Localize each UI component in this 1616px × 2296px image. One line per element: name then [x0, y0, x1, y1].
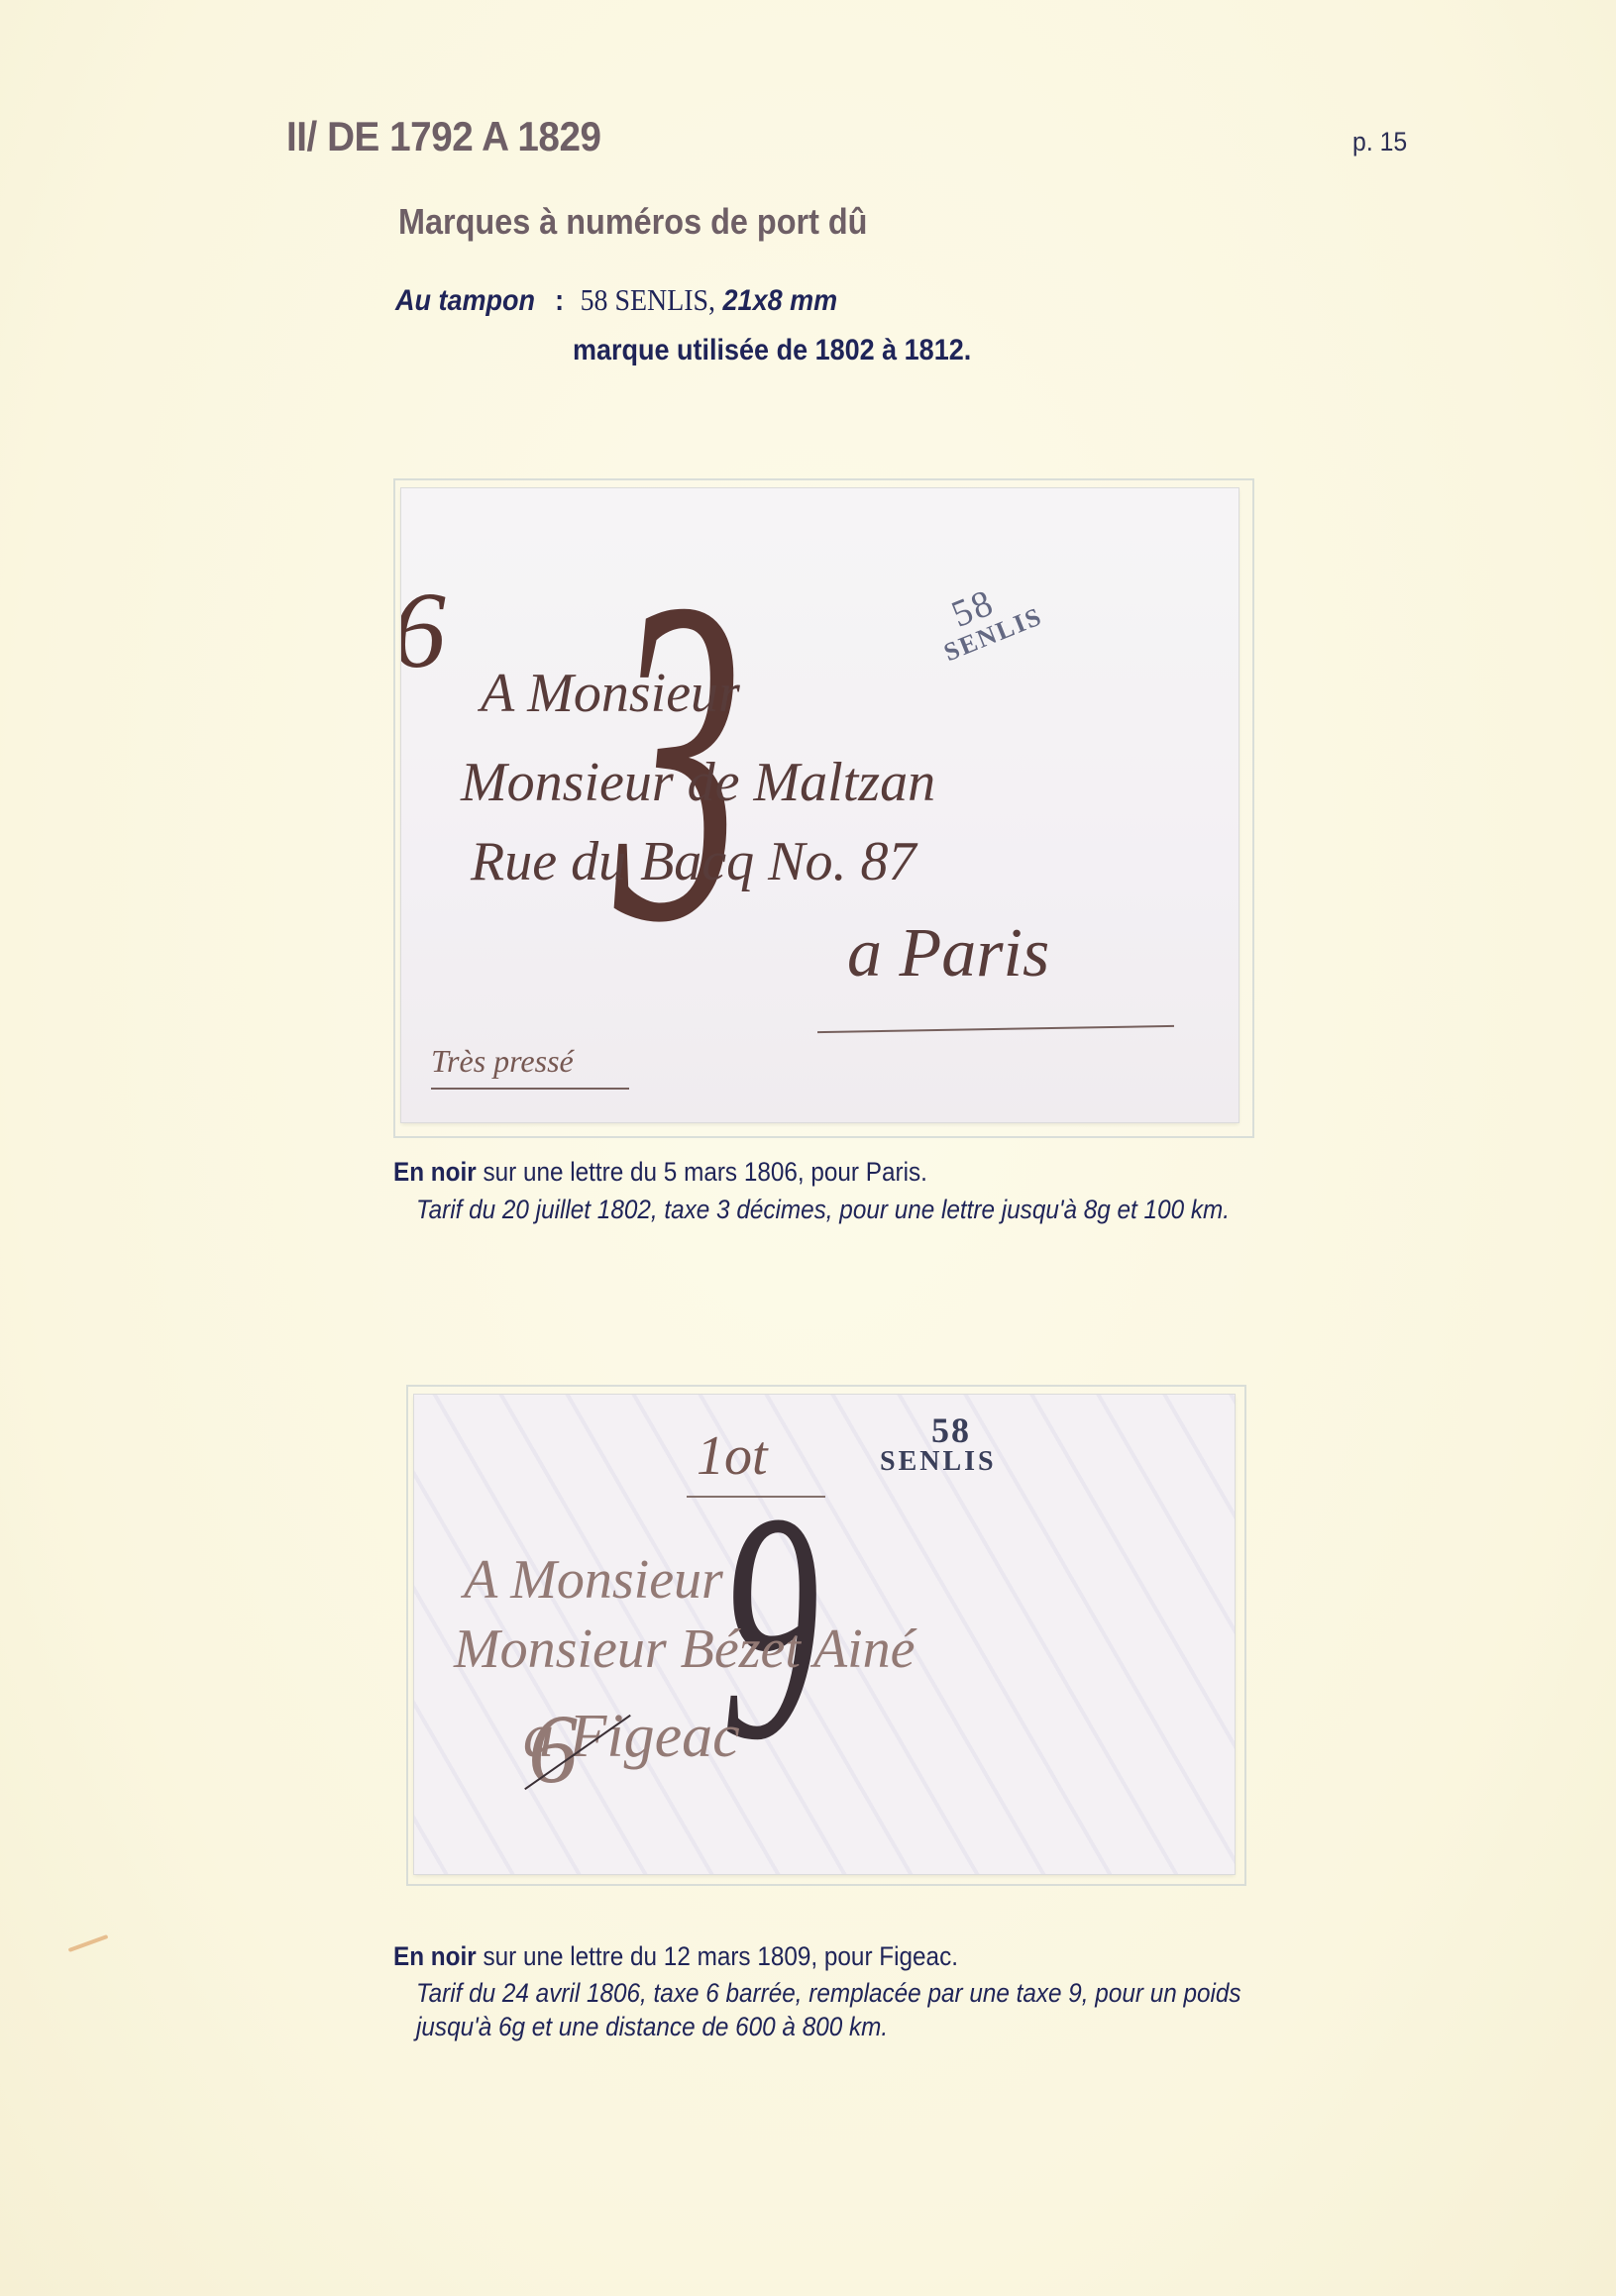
caption-2-detail-line-1: Tarif du 24 avril 1806, taxe 6 barrée, r… — [416, 1976, 1241, 2010]
stamp-separator: : — [555, 284, 564, 317]
caption-2-text: sur une lettre du 12 mars 1809, pour Fig… — [477, 1941, 958, 1971]
stamp-usage-period: marque utilisée de 1802 à 1812. — [573, 334, 971, 367]
address-underline — [817, 1025, 1174, 1033]
address-line-2: Monsieur de Maltzan — [461, 751, 935, 814]
caption-2-detail-line-2: jusqu'à 6g et une distance de 600 à 800 … — [416, 2010, 1241, 2043]
caption-1: En noir sur une lettre du 5 mars 1806, p… — [393, 1157, 927, 1188]
caption-1-detail: Tarif du 20 juillet 1802, taxe 3 décimes… — [416, 1193, 1230, 1226]
letter-cover-2: 1ot 58 SENLIS 9 A Monsieur Monsieur Béze… — [414, 1395, 1235, 1874]
tax-mark-6: 6 — [401, 568, 446, 693]
caption-2-detail: Tarif du 24 avril 1806, taxe 6 barrée, r… — [416, 1976, 1241, 2043]
postmark-58-senlis: 58 SENLIS — [926, 569, 1046, 666]
address-line-4: a Paris — [847, 914, 1049, 993]
address-line-1: A Monsieur — [464, 1548, 723, 1612]
caption-2-lead: En noir — [393, 1941, 477, 1971]
stamp-mark-name: 58 SENLIS, — [581, 282, 715, 317]
caption-1-lead: En noir — [393, 1157, 477, 1187]
stamp-label: Au tampon — [395, 284, 535, 317]
postmark-58-senlis: 58 SENLIS — [880, 1412, 997, 1476]
annotation-underline — [431, 1088, 629, 1090]
address-line-1: A Monsieur — [481, 662, 740, 725]
page-number: p. 15 — [1352, 127, 1407, 157]
stamp-description: Au tampon : 58 SENLIS, 21x8 mm — [395, 282, 837, 318]
letter-cover-1: 6 3 58 SENLIS A Monsieur Monsieur de Mal… — [401, 488, 1239, 1122]
address-line-3: Rue du Bacq No. 87 — [471, 830, 916, 893]
postmark-number: 58 — [931, 1412, 997, 1448]
tax-mark-6-struck: 6 — [528, 1692, 578, 1806]
postmark-town: SENLIS — [880, 1448, 997, 1476]
caption-1-text: sur une lettre du 5 mars 1806, pour Pari… — [477, 1157, 927, 1187]
address-line-2: Monsieur Bézet Ainé — [454, 1618, 916, 1681]
annotation-tres-presse: Très pressé — [431, 1043, 574, 1080]
page-subtitle: Marques à numéros de port dû — [398, 201, 867, 243]
section-title: II/ DE 1792 A 1829 — [286, 113, 601, 160]
paper-speck — [68, 1934, 109, 1952]
stamp-size: 21x8 mm — [723, 284, 838, 317]
caption-2: En noir sur une lettre du 12 mars 1809, … — [393, 1941, 958, 1972]
